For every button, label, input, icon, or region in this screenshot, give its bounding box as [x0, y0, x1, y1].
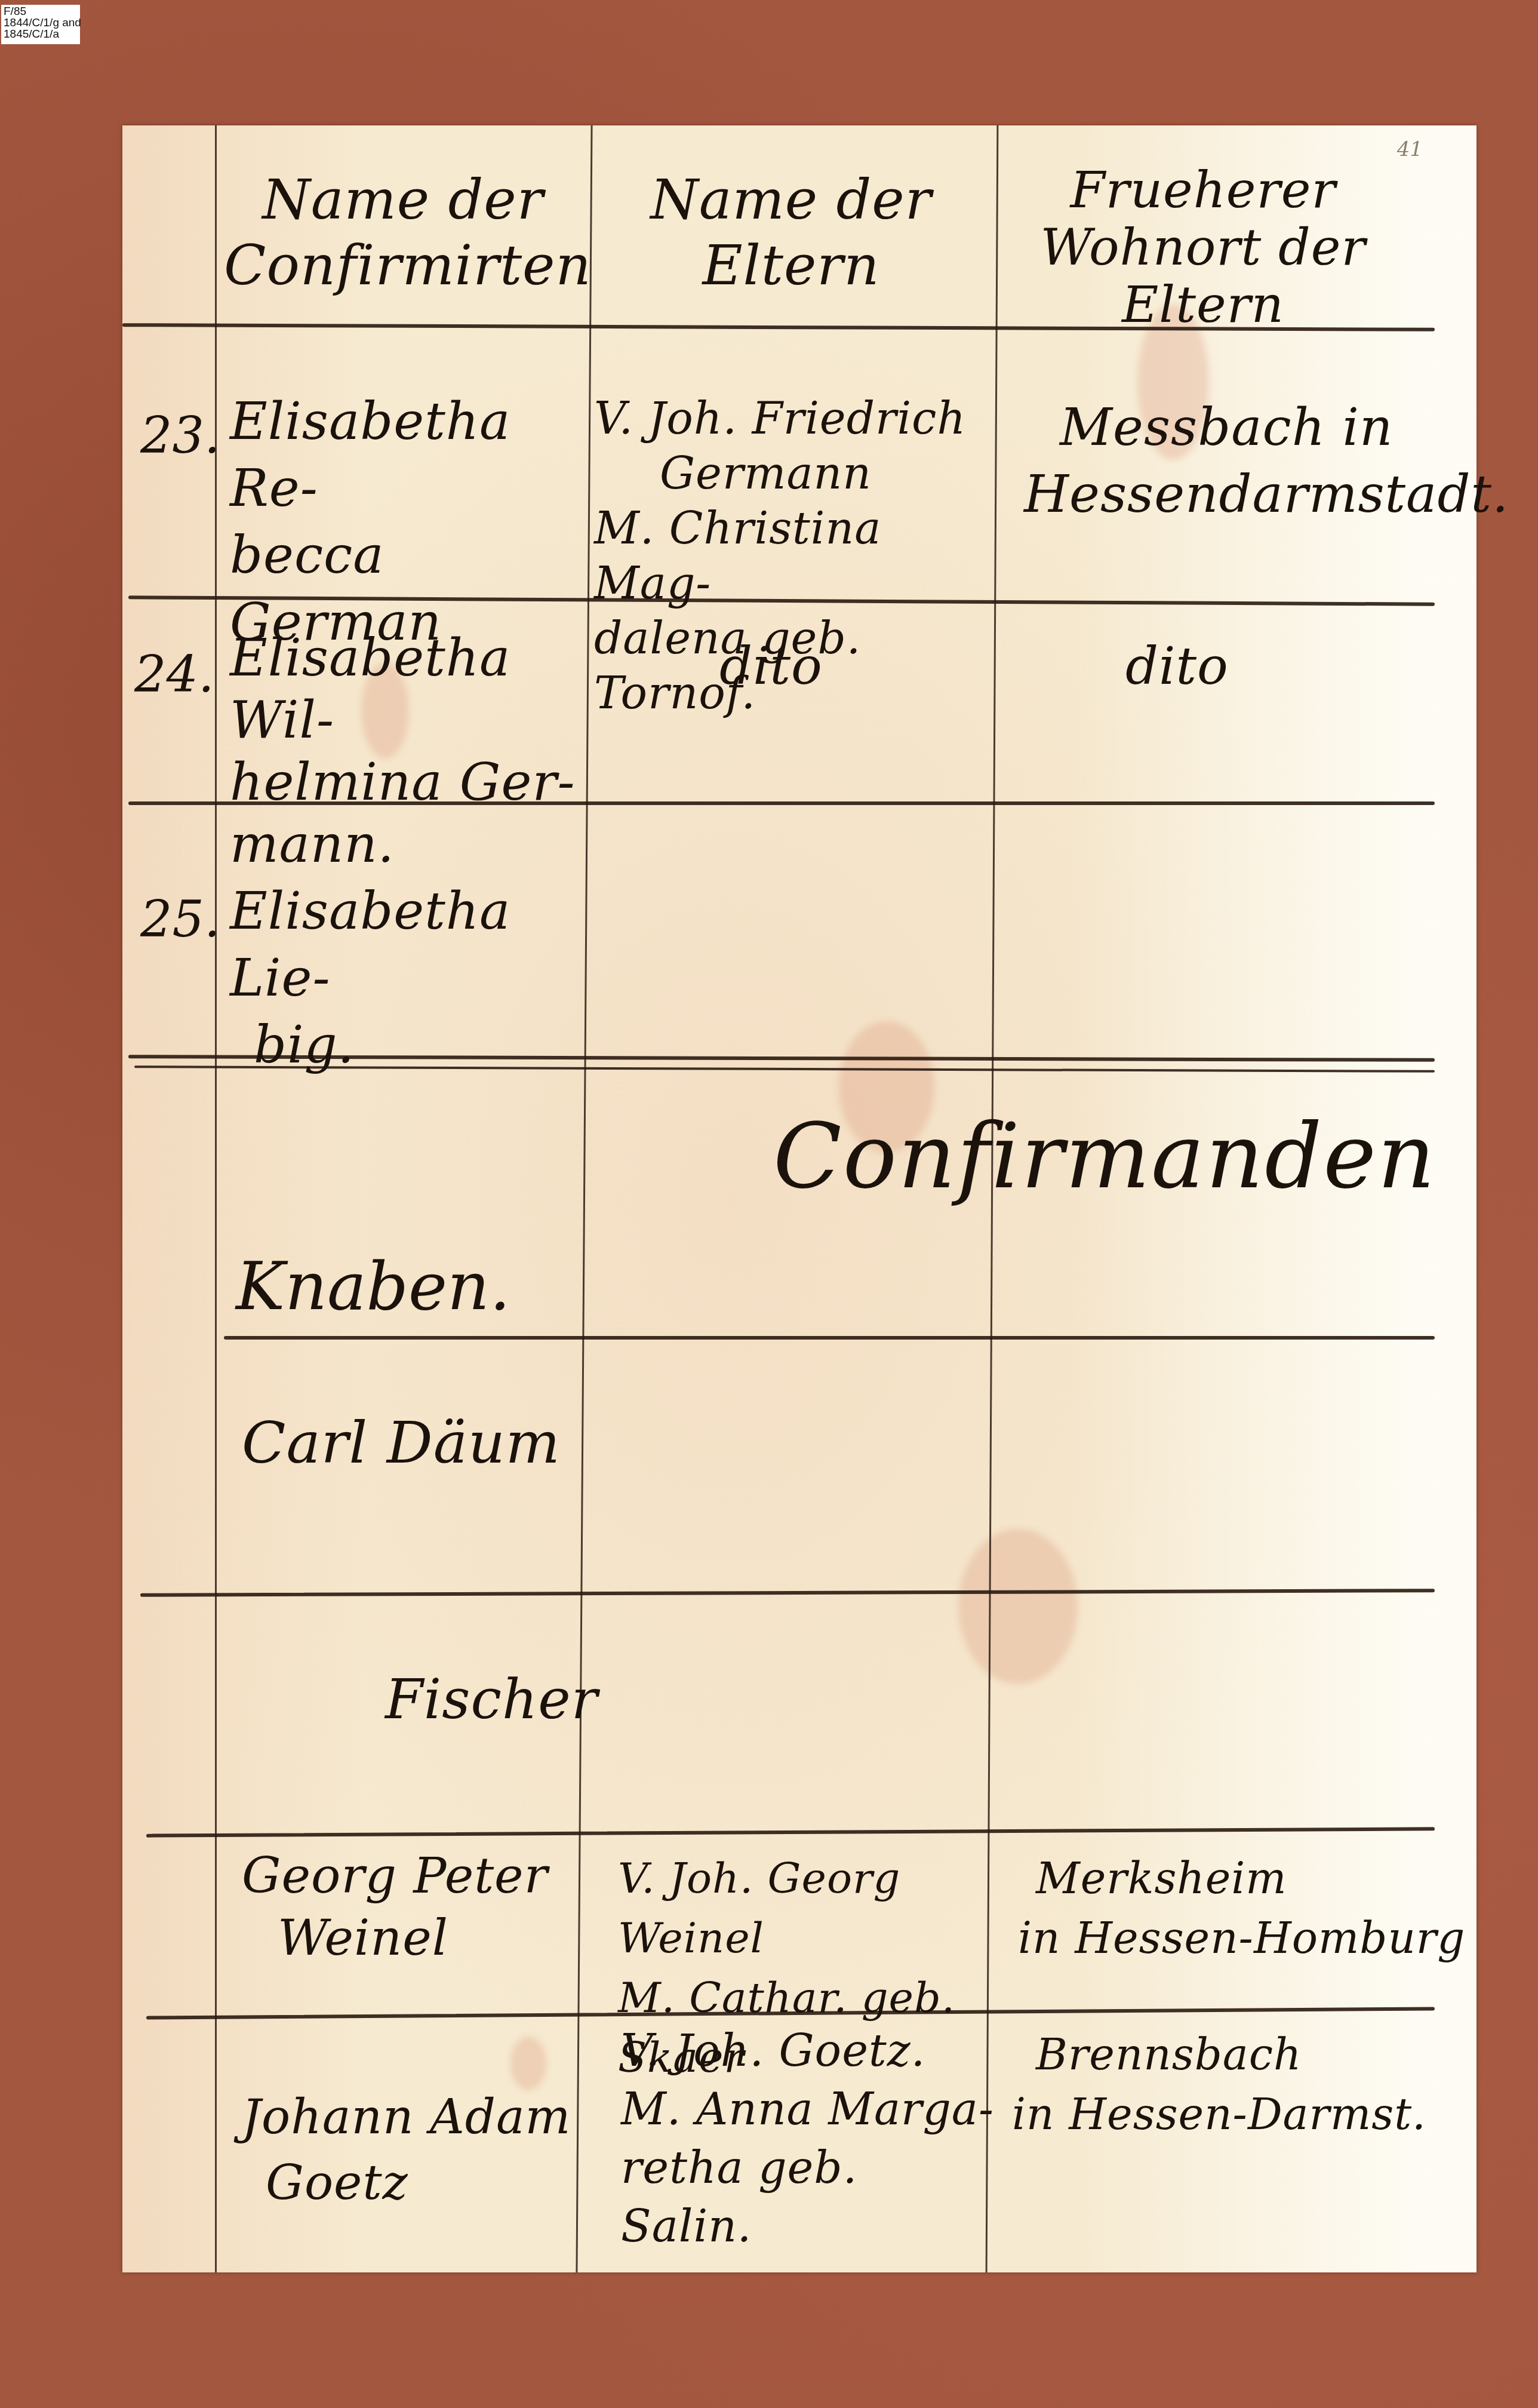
name-line: helmina Ger-: [230, 751, 588, 813]
header-line: Name der: [594, 167, 988, 233]
parents-line: M. Anna Marga-: [621, 2080, 1003, 2139]
page-number: 41: [1397, 137, 1423, 161]
parents-line: retha geb. Salin.: [621, 2139, 1003, 2256]
confirmand-name: Elisabetha Wil- helmina Ger- mann.: [230, 627, 588, 876]
confirmand-name: Elisabetha Re- becca German: [230, 388, 588, 656]
name-line: Elisabetha Wil-: [230, 627, 588, 751]
reference-line-2: 1844/C/1/g and: [4, 17, 78, 29]
residence-line: in Hessen-Darmst.: [1012, 2084, 1466, 2144]
name-line: Elisabetha Re-: [230, 388, 588, 522]
parents-line: V. Joh. Goetz.: [621, 2022, 1003, 2080]
row-divider: [140, 1589, 1435, 1597]
residence-line: Messbach in: [1024, 394, 1454, 461]
section-subtitle-boys: Knaben.: [236, 1248, 510, 1325]
paper-stain: [958, 1529, 1078, 1684]
confirmand-name: Johann Adam Goetz: [242, 2084, 576, 2216]
residence-line: Merksheim: [1018, 1848, 1472, 1908]
header-line: Eltern: [594, 233, 988, 299]
header-name-confirmed: Name der Confirmirten: [224, 167, 582, 299]
name-line: Weinel: [242, 1908, 576, 1970]
residence-line: in Hessen-Homburg: [1018, 1908, 1472, 1968]
header-name-parents: Name der Eltern: [594, 167, 988, 299]
name-line: Georg Peter: [242, 1845, 576, 1908]
parents-line: Germann: [594, 446, 1000, 501]
row-divider: [224, 1336, 1435, 1340]
reference-line-1: F/85: [4, 6, 78, 17]
header-line: Frueherer: [1000, 161, 1406, 219]
parents-line: V. Joh. Georg Weinel: [618, 1848, 1000, 1968]
parents-line: M. Christina Mag-: [594, 501, 1000, 611]
entry-number: 23.: [140, 406, 220, 465]
name-line: big.: [230, 1012, 588, 1079]
confirmand-name: Carl Däum: [242, 1409, 561, 1476]
name-line: Johann Adam: [242, 2084, 576, 2150]
header-line: Eltern: [1000, 276, 1406, 333]
header-line: Wohnort der: [1000, 219, 1406, 276]
confirmand-name: Elisabetha Lie- big.: [230, 878, 588, 1079]
residence-line: Brennsbach: [1012, 2025, 1466, 2084]
row-divider: [146, 1827, 1435, 1837]
former-residence: Merksheim in Hessen-Homburg: [1018, 1848, 1472, 1968]
former-residence: Messbach in Hessendarmstadt.: [1024, 394, 1454, 528]
name-line: mann.: [230, 813, 588, 876]
confirmand-name: Fischer: [385, 1666, 598, 1733]
parents-line: V. Joh. Friedrich: [594, 391, 1000, 446]
header-former-residence: Frueherer Wohnort der Eltern: [1000, 161, 1406, 333]
parents-names: V. Joh. Goetz. M. Anna Marga- retha geb.…: [621, 2022, 1003, 2256]
entry-number: 24.: [134, 645, 214, 704]
residence-line: Hessendarmstadt.: [1024, 461, 1454, 528]
entry-number: 25.: [140, 890, 220, 948]
former-residence: Brennsbach in Hessen-Darmst.: [1012, 2025, 1466, 2144]
name-line: Goetz: [242, 2150, 576, 2216]
section-title: Confirmanden: [773, 1105, 1437, 1209]
archive-reference-label: F/85 1844/C/1/g and 1845/C/1/a: [1, 5, 80, 44]
residence-dito: dito: [1125, 633, 1229, 700]
paper-stain: [510, 2037, 546, 2090]
register-page: 41 Name der Confirmirten Name der Eltern…: [122, 125, 1477, 2272]
confirmand-name: Georg Peter Weinel: [242, 1845, 576, 1970]
header-line: Name der: [224, 167, 582, 233]
name-line: Elisabetha Lie-: [230, 878, 588, 1012]
header-line: Confirmirten: [224, 233, 582, 299]
parents-dito: dito: [719, 633, 823, 700]
reference-line-3: 1845/C/1/a: [4, 29, 78, 40]
